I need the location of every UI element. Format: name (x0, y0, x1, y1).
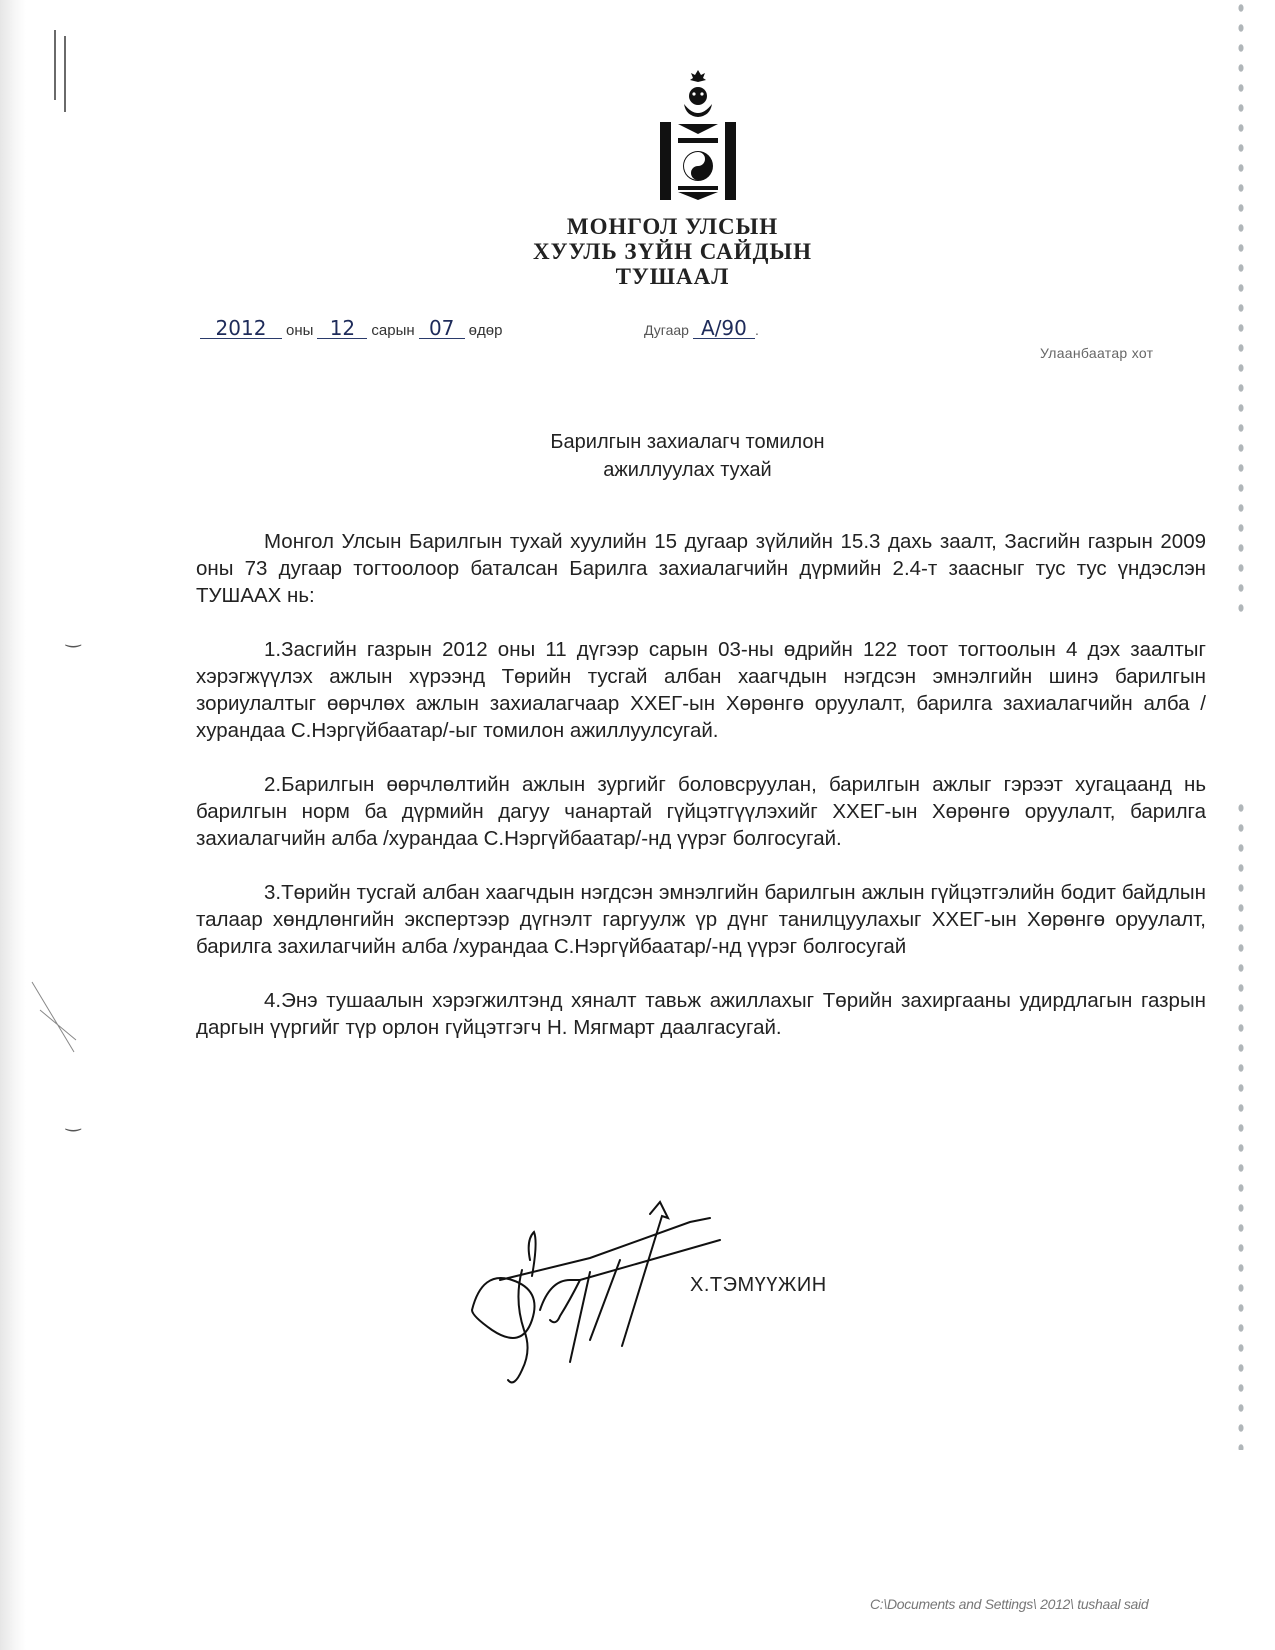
date-year: 2012 (200, 318, 282, 339)
perforation-gap (1230, 620, 1250, 800)
date-year-label: оны (286, 322, 313, 339)
city-location: Улаанбаатар хот (1040, 345, 1153, 361)
date-month: 12 (317, 318, 367, 339)
preamble-paragraph: Монгол Улсын Барилгын тухай хуулийн 15 д… (196, 528, 1206, 609)
clause-1-paragraph: 1.Засгийн газрын 2012 оны 11 дүгээр сары… (196, 636, 1206, 744)
order-date: 2012оны12сарын07өдөр (200, 318, 506, 339)
order-number-suffix: . (755, 322, 759, 338)
date-day-label: өдөр (469, 322, 503, 339)
perforation-gap (1230, 1450, 1250, 1650)
signer-name: Х.ТЭМҮҮЖИН (690, 1274, 827, 1297)
file-path-footer: C:\Documents and Settings\ 2012\ tushaal… (870, 1596, 1148, 1612)
date-day: 07 (419, 318, 465, 339)
scan-mark: ‿ (66, 628, 80, 646)
heading-line-3: ТУШААЛ (70, 264, 1275, 289)
clause-2-paragraph: 2.Барилгын өөрчлөлтийн ажлын зургийг бол… (196, 771, 1206, 852)
heading-line-1: МОНГОЛ УЛСЫН (70, 214, 1275, 239)
heading-line-2: ХУУЛЬ ЗҮЙН САЙДЫН (70, 239, 1275, 264)
order-body: Монгол Улсын Барилгын тухай хуулийн 15 д… (196, 528, 1206, 1068)
date-month-label: сарын (371, 322, 414, 339)
binder-mark (54, 30, 56, 100)
clause-3-paragraph: 3.Төрийн тусгай албан хаагчдын нэгдсэн э… (196, 879, 1206, 960)
mongolia-state-emblem-icon (660, 70, 736, 200)
scan-mark: ‿ (66, 1112, 80, 1130)
subject-line-1: Барилгын захиалагч томилон (100, 428, 1275, 456)
order-number-value: А/90 (693, 318, 755, 339)
order-number-label: Дугаар (644, 322, 689, 338)
subject-line-2: ажиллуулах тухай (100, 456, 1275, 484)
order-number: ДугаарА/90. (640, 318, 759, 339)
scan-mark (30, 980, 80, 1060)
document-heading: МОНГОЛ УЛСЫН ХУУЛЬ ЗҮЙН САЙДЫН ТУШААЛ (0, 214, 1275, 289)
binder-mark (64, 36, 66, 112)
order-subject: Барилгын захиалагч томилон ажиллуулах ту… (0, 428, 1275, 484)
clause-4-paragraph: 4.Энэ тушаалын хэрэгжилтэнд хяналт тавьж… (196, 987, 1206, 1041)
